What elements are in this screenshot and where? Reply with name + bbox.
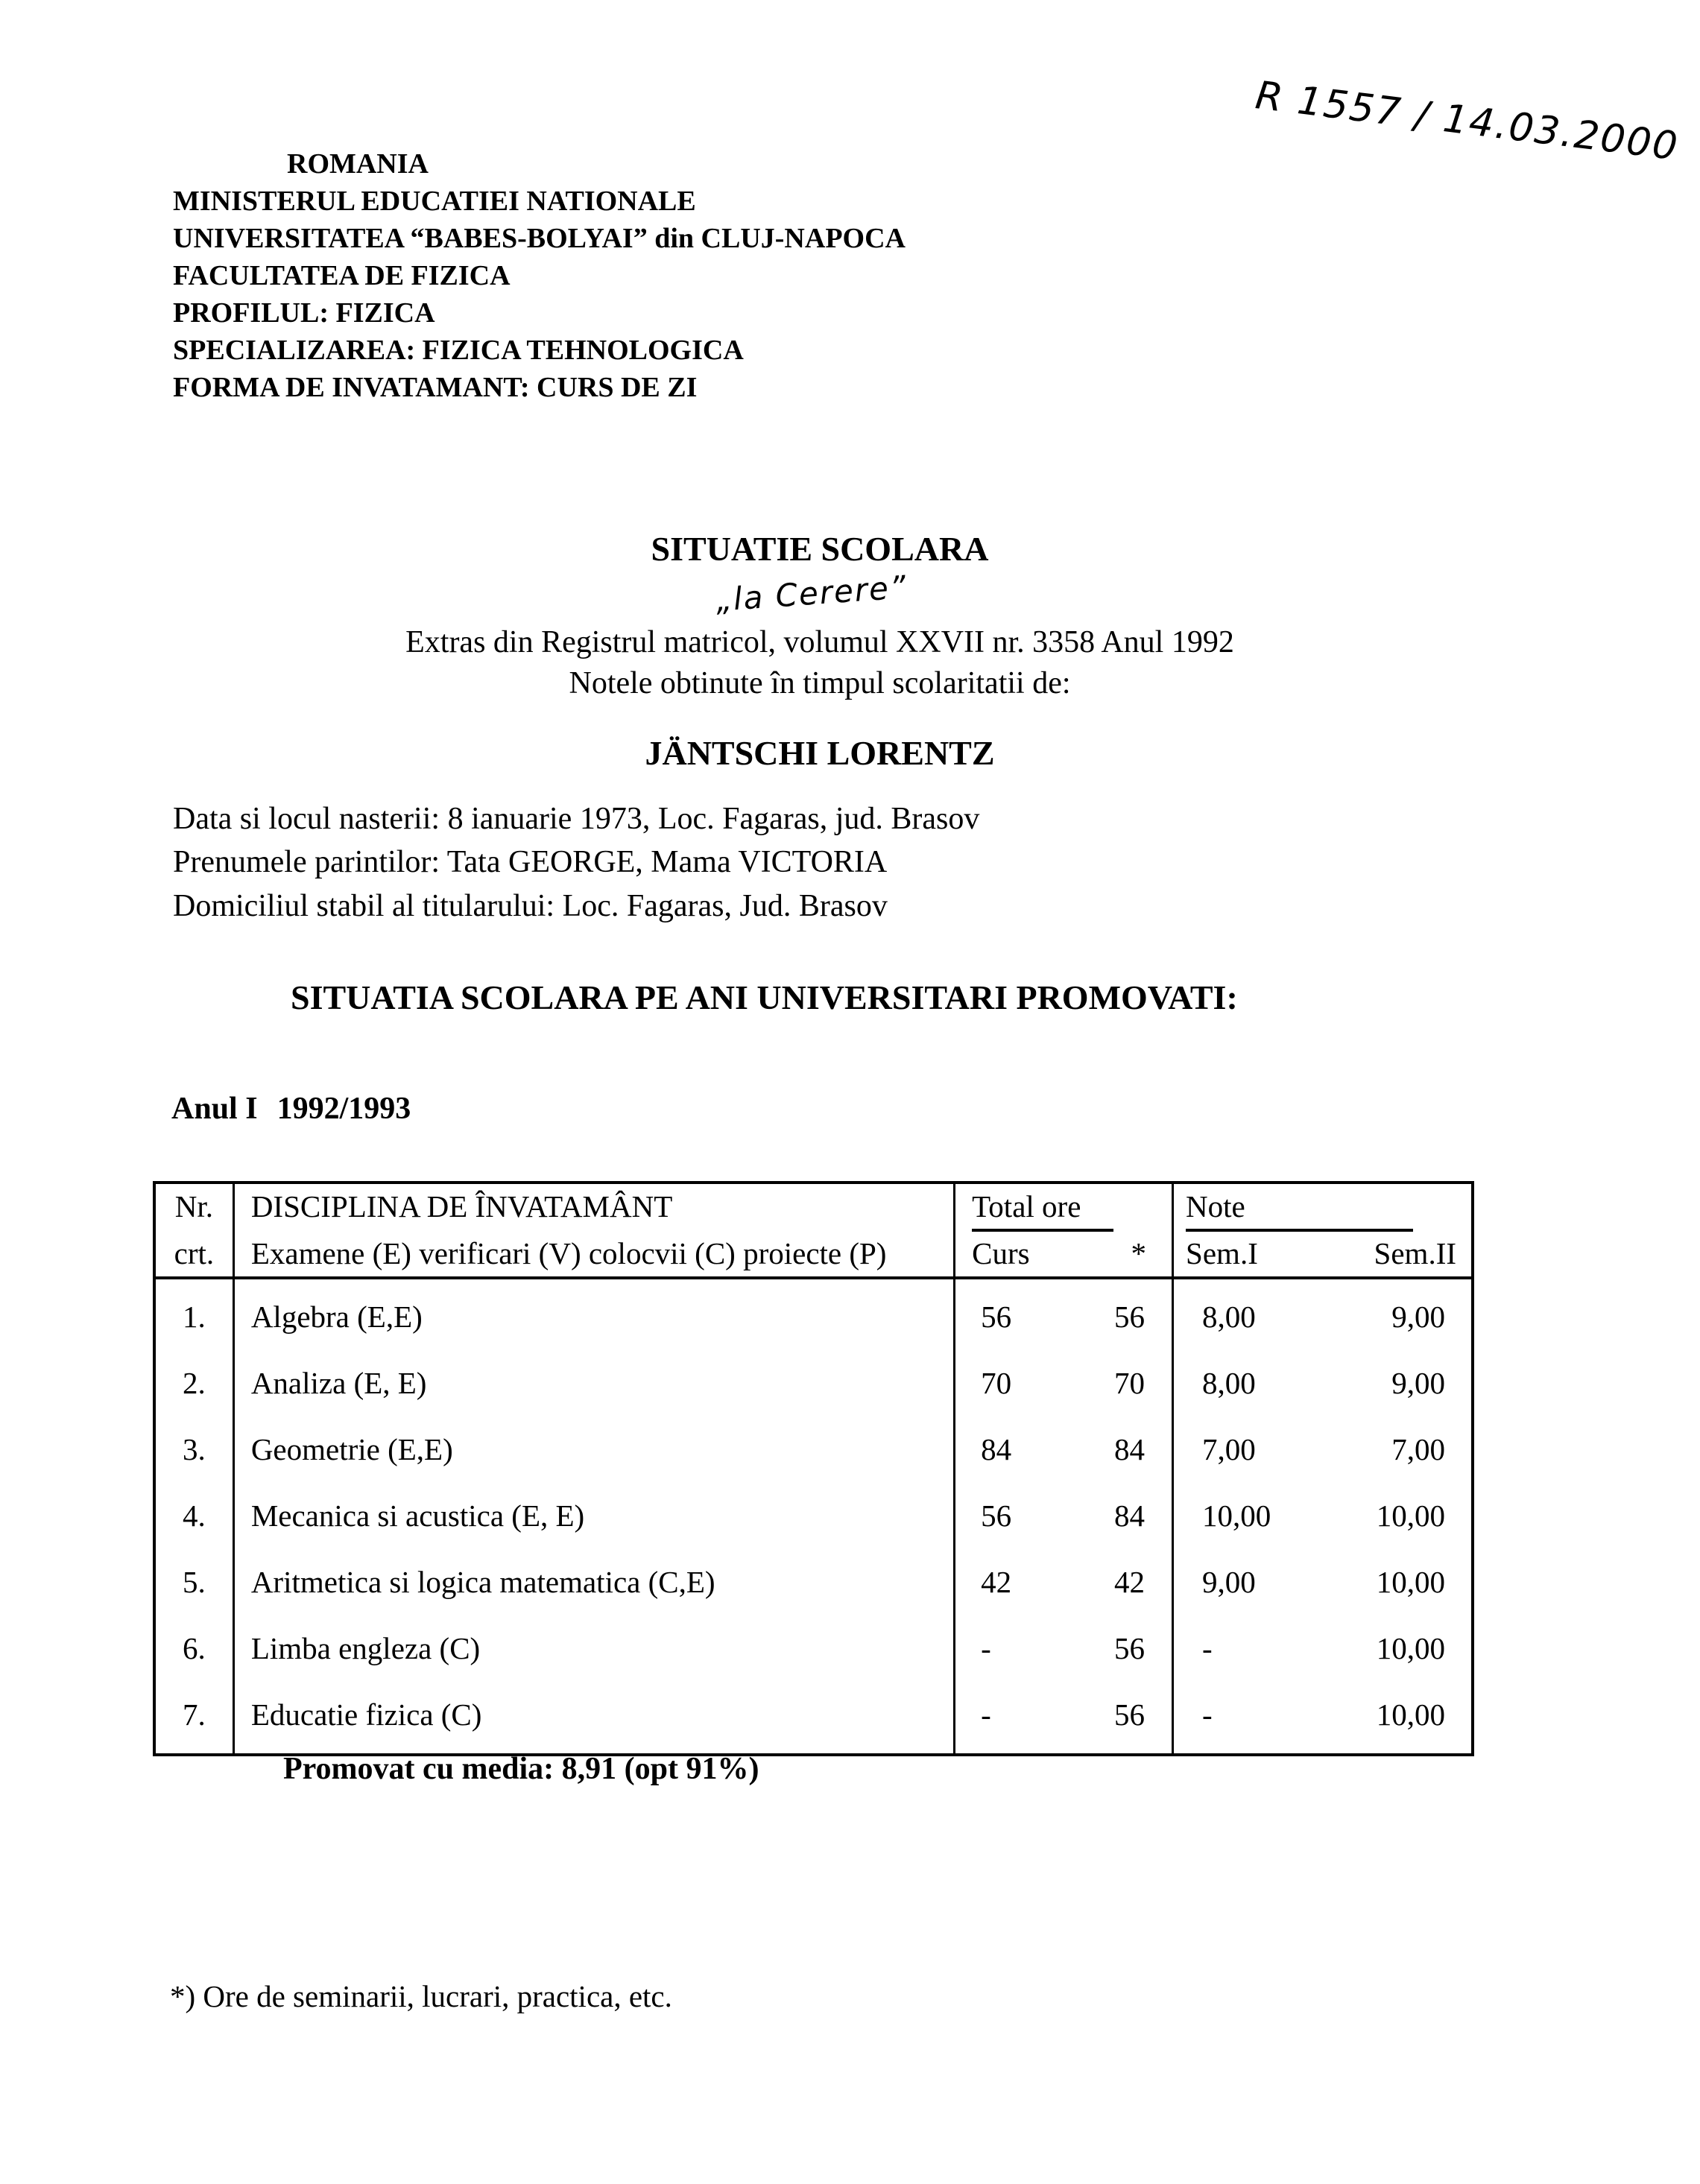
year-label: Anul I (171, 1092, 258, 1126)
grade-sem2: 7,00 (1391, 1419, 1445, 1479)
domicile-info: Domiciliul stabil al titularului: Loc. F… (173, 888, 888, 924)
table-row: 7.Educatie fizica (C)-56-10,00 (154, 1685, 1473, 1755)
registration-number-handwritten: R 1557 / 14.03.2000 (1253, 73, 1681, 169)
institution-header: MINISTERUL EDUCATIEI NATIONALE UNIVERSIT… (173, 183, 906, 406)
profile-line: PROFILUL: FIZICA (173, 294, 906, 332)
row-number: 1. (154, 1278, 233, 1353)
grade-sem1: 9,00 (1202, 1552, 1256, 1612)
header-total-hours: Total ore (955, 1183, 1173, 1232)
specialization-line: SPECIALIZAREA: FIZICA TEHNOLOGICA (173, 332, 906, 369)
row-number: 3. (154, 1419, 233, 1486)
table-row: 4.Mecanica si acustica (E, E)568410,0010… (154, 1486, 1473, 1552)
faculty-line: FACULTATEA DE FIZICA (173, 257, 906, 294)
year-period: 1992/1993 (277, 1092, 411, 1126)
other-hours: 56 (1114, 1287, 1145, 1346)
other-hours: 70 (1114, 1353, 1145, 1413)
other-hours: 56 (1114, 1618, 1145, 1678)
university-line: UNIVERSITATEA “BABES-BOLYAI” din CLUJ-NA… (173, 220, 906, 257)
header-sem2: Sem.II (1374, 1232, 1456, 1275)
header-nr: Nr. (154, 1183, 233, 1232)
discipline-name: Educatie fizica (C) (233, 1685, 954, 1755)
handwritten-annotation: „la Cerere” (715, 569, 909, 618)
footnote: *) Ore de seminarii, lucrari, practica, … (170, 1978, 672, 2014)
other-hours: 84 (1114, 1486, 1145, 1545)
course-hours: - (981, 1685, 991, 1744)
grade-sem2: 10,00 (1377, 1618, 1445, 1678)
grade-sem1: - (1202, 1618, 1213, 1678)
grade-sem1: 8,00 (1202, 1287, 1256, 1346)
birth-info: Data si locul nasterii: 8 ianuarie 1973,… (173, 801, 979, 837)
course-hours: 56 (981, 1486, 1011, 1545)
document-title: SITUATIE SCOLARA (0, 529, 1640, 569)
grade-sem2: 9,00 (1391, 1353, 1445, 1413)
course-hours: - (981, 1618, 991, 1678)
row-number: 6. (154, 1618, 233, 1685)
header-notes: Note (1173, 1183, 1473, 1232)
header-other-hours: * (1131, 1232, 1147, 1275)
discipline-name: Mecanica si acustica (E, E) (233, 1486, 954, 1552)
grade-sem2: 10,00 (1377, 1685, 1445, 1744)
grades-table: Nr. DISCIPLINA DE ÎNVATAMÂNT Total ore N… (153, 1181, 1474, 1756)
header-discipline: DISCIPLINA DE ÎNVATAMÂNT (233, 1183, 954, 1232)
course-hours: 56 (981, 1287, 1011, 1346)
academic-year: Anul I1992/1993 (171, 1091, 411, 1127)
study-form-line: FORMA DE INVATAMANT: CURS DE ZI (173, 369, 906, 406)
ministry-line: MINISTERUL EDUCATIEI NATIONALE (173, 183, 906, 220)
grade-sem1: - (1202, 1685, 1213, 1744)
discipline-name: Limba engleza (C) (233, 1618, 954, 1685)
course-hours: 84 (981, 1419, 1011, 1479)
header-exam-types: Examene (E) verificari (V) colocvii (C) … (233, 1232, 954, 1278)
register-extract: Extras din Registrul matricol, volumul X… (0, 624, 1640, 660)
row-number: 2. (154, 1353, 233, 1419)
table-row: 6.Limba engleza (C)-56-10,00 (154, 1618, 1473, 1685)
table-row: 2.Analiza (E, E)70708,009,00 (154, 1353, 1473, 1419)
header-course-hours: Curs (972, 1232, 1029, 1275)
other-hours: 56 (1114, 1685, 1145, 1744)
row-number: 4. (154, 1486, 233, 1552)
discipline-name: Analiza (E, E) (233, 1353, 954, 1419)
student-name: JÄNTSCHI LORENTZ (0, 733, 1640, 773)
table-row: 1.Algebra (E,E)56568,009,00 (154, 1278, 1473, 1353)
other-hours: 84 (1114, 1419, 1145, 1479)
table-row: 3.Geometrie (E,E)84847,007,00 (154, 1419, 1473, 1486)
header-sem1: Sem.I (1186, 1232, 1258, 1275)
grade-sem1: 10,00 (1202, 1486, 1271, 1545)
course-hours: 70 (981, 1353, 1011, 1413)
promotion-average: Promovat cu media: 8,91 (opt 91%) (283, 1751, 759, 1787)
discipline-name: Aritmetica si logica matematica (C,E) (233, 1552, 954, 1618)
row-number: 5. (154, 1552, 233, 1618)
grade-sem1: 7,00 (1202, 1419, 1256, 1479)
section-title: SITUATIA SCOLARA PE ANI UNIVERSITARI PRO… (291, 978, 1238, 1017)
course-hours: 42 (981, 1552, 1011, 1612)
discipline-name: Algebra (E,E) (233, 1278, 954, 1353)
row-number: 7. (154, 1685, 233, 1755)
grade-sem2: 9,00 (1391, 1287, 1445, 1346)
table-subheader-row: crt. Examene (E) verificari (V) colocvii… (154, 1232, 1473, 1278)
grade-sem1: 8,00 (1202, 1353, 1256, 1413)
grades-obtained-by: Notele obtinute în timpul scolaritatii d… (0, 665, 1640, 701)
header-crt: crt. (154, 1232, 233, 1278)
grade-sem2: 10,00 (1377, 1486, 1445, 1545)
grade-sem2: 10,00 (1377, 1552, 1445, 1612)
table-row: 5.Aritmetica si logica matematica (C,E)4… (154, 1552, 1473, 1618)
table-header-row: Nr. DISCIPLINA DE ÎNVATAMÂNT Total ore N… (154, 1183, 1473, 1232)
header-country: ROMANIA (287, 145, 429, 183)
discipline-name: Geometrie (E,E) (233, 1419, 954, 1486)
parents-info: Prenumele parintilor: Tata GEORGE, Mama … (173, 844, 887, 880)
other-hours: 42 (1114, 1552, 1145, 1612)
